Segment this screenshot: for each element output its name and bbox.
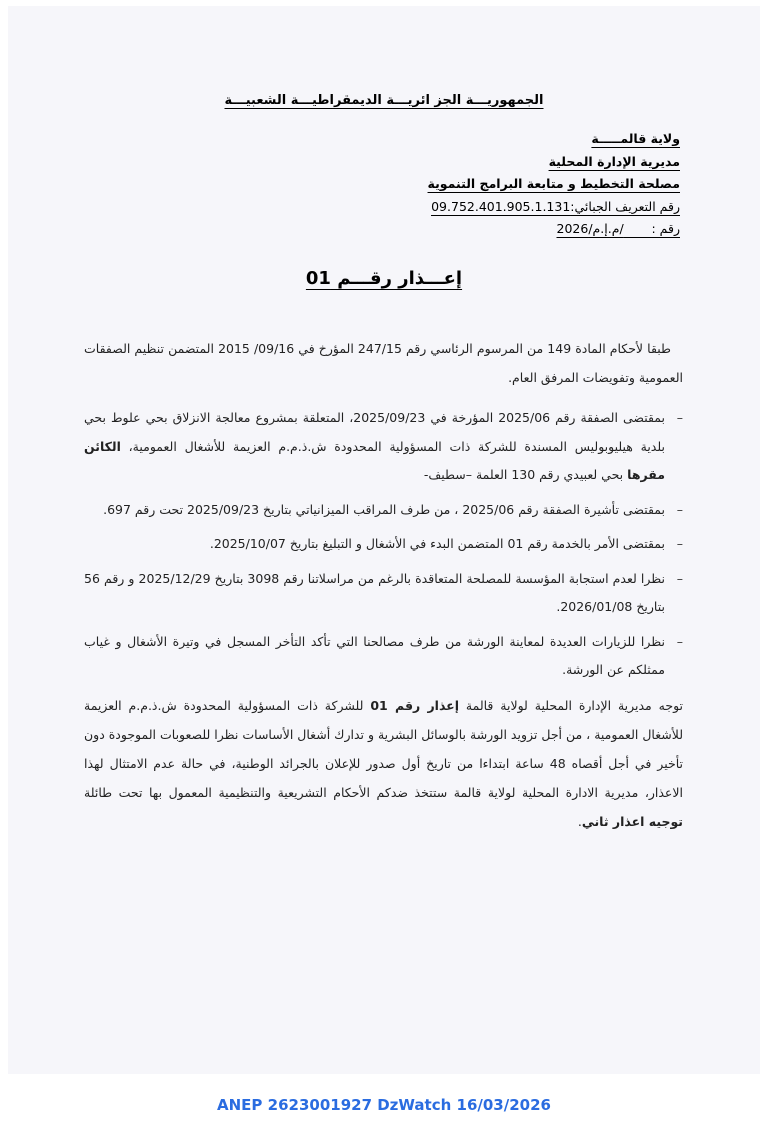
considerations-list: بمقتضى الصفقة رقم 2025/06 المؤرخة في 202…	[84, 404, 683, 685]
document-title: إعـــذار رقـــم 01	[0, 268, 768, 289]
notice-number-bold: إعذار رقم 01	[370, 698, 459, 713]
reference-value: /م.إ.م/2026	[557, 221, 624, 236]
consideration-text: بمقتضى الصفقة رقم 2025/06 المؤرخة في 202…	[84, 410, 665, 454]
notice-text: توجه مديرية الإدارة المحلية لولاية قالمة	[459, 698, 683, 713]
footer-watermark-text: ANEP 2623001927 DzWatch 16/03/2026	[217, 1096, 551, 1114]
directorate-line: مديرية الإدارة المحلية	[260, 151, 680, 174]
consideration-tail-text: بحي لعبيدي رقم 130 العلمة –سطيف-	[424, 467, 627, 482]
tax-id-label: رقم التعريف الجبائي:	[570, 199, 680, 214]
reference-line: رقم : /م.إ.م/2026	[260, 218, 680, 241]
consideration-item: نظرا للزيارات العديدة لمعاينة الورشة من …	[84, 628, 683, 685]
republic-header: الجمهوريـــة الجز ائريـــة الديمقراطيـــ…	[0, 93, 768, 108]
republic-header-text: الجمهوريـــة الجز ائريـــة الديمقراطيـــ…	[225, 93, 544, 108]
document-title-text: إعـــذار رقـــم 01	[306, 268, 462, 289]
service-line: مصلحة التخطيط و متابعة البرامج التنموية	[260, 173, 680, 196]
authority-header: ولاية قالمـــــة مديرية الإدارة المحلية …	[260, 128, 680, 241]
tax-id-line: رقم التعريف الجبائي:09.752.401.905.1.131	[260, 196, 680, 219]
notice-paragraph: توجه مديرية الإدارة المحلية لولاية قالمة…	[84, 691, 683, 836]
consideration-item: نظرا لعدم استجابة المؤسسة للمصلحة المتعا…	[84, 565, 683, 622]
consideration-text: بمقتضى الأمر بالخدمة رقم 01 المتضمن البد…	[210, 536, 665, 551]
wilaya-name: ولاية قالمـــــة	[591, 131, 680, 146]
directorate-name: مديرية الإدارة المحلية	[549, 154, 680, 169]
second-notice-bold: توجيه اعذار ثاني	[582, 814, 683, 829]
intro-paragraph: طبقا لأحكام المادة 149 من المرسوم الرئاس…	[84, 335, 683, 392]
consideration-item: بمقتضى الأمر بالخدمة رقم 01 المتضمن البد…	[84, 530, 683, 559]
consideration-item: بمقتضى الصفقة رقم 2025/06 المؤرخة في 202…	[84, 404, 683, 490]
consideration-text: نظرا للزيارات العديدة لمعاينة الورشة من …	[84, 634, 665, 678]
service-name: مصلحة التخطيط و متابعة البرامج التنموية	[428, 176, 680, 191]
wilaya-line: ولاية قالمـــــة	[260, 128, 680, 151]
consideration-text: نظرا لعدم استجابة المؤسسة للمصلحة المتعا…	[84, 571, 665, 615]
tax-id-value: 09.752.401.905.1.131	[431, 199, 570, 214]
document-body: طبقا لأحكام المادة 149 من المرسوم الرئاس…	[84, 335, 683, 836]
consideration-text: بمقتضى تأشيرة الصفقة رقم 2025/06 ، من طر…	[103, 502, 665, 517]
publication-footer: ANEP 2623001927 DzWatch 16/03/2026	[0, 1096, 768, 1114]
reference-label: رقم :	[651, 221, 680, 236]
consideration-item: بمقتضى تأشيرة الصفقة رقم 2025/06 ، من طر…	[84, 496, 683, 525]
